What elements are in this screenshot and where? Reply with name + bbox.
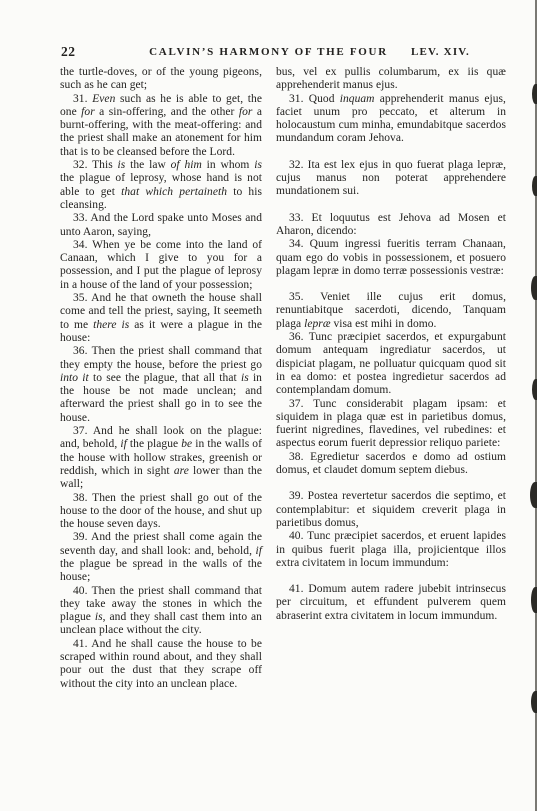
ink-blob <box>531 691 537 713</box>
english-column: the turtle-doves, or of the young pigeon… <box>60 66 262 691</box>
verse-paragraph: 37. And he shall look on the plague: and… <box>60 425 262 491</box>
scan-edge-artifact <box>527 0 537 811</box>
verse-paragraph: 40. Then the priest shall command that t… <box>60 585 262 638</box>
running-header: 22 CALVIN’S HARMONY OF THE FOUR LEV. XIV… <box>0 44 537 60</box>
text-columns: the turtle-doves, or of the young pigeon… <box>60 66 506 691</box>
verse-paragraph: 34. When ye be come into the land of Can… <box>60 239 262 292</box>
verse-paragraph: 33. Et loquutus est Jehova ad Mosen et A… <box>276 212 506 239</box>
ink-blob <box>532 84 537 104</box>
verse-paragraph: 36. Tunc præcipiet sacerdos, et expurgab… <box>276 331 506 397</box>
chapter-reference: LEV. XIV. <box>411 46 470 58</box>
ink-blob <box>532 379 537 400</box>
verse-paragraph: 37. Tunc considerabit plagam ipsam: et s… <box>276 398 506 451</box>
verse-paragraph: 41. And he shall cause the house to be s… <box>60 638 262 691</box>
verse-paragraph: 31. Even such as he is able to get, the … <box>60 93 262 159</box>
verse-paragraph: 38. Egredietur sacerdos e domo ad ostium… <box>276 451 506 478</box>
latin-column: bus, vel ex pullis columbarum, ex iis qu… <box>276 66 506 691</box>
verse-paragraph: 33. And the Lord spake unto Moses and un… <box>60 212 262 239</box>
ink-blob <box>531 276 537 300</box>
verse-paragraph: 32. This is the law of him in whom is th… <box>60 159 262 212</box>
verse-paragraph: 39. Postea revertetur sacerdos die septi… <box>276 490 506 530</box>
verse-paragraph: 39. And the priest shall come again the … <box>60 531 262 584</box>
verse-paragraph: 40. Tunc præcipiet sacerdos, et eruent l… <box>276 530 506 570</box>
verse-paragraph: 41. Domum autem radere jubebit intrinsec… <box>276 583 506 623</box>
ink-blob <box>530 482 537 508</box>
ink-blob <box>532 176 537 196</box>
verse-paragraph: 35. Veniet ille cujus erit domus, renunt… <box>276 291 506 331</box>
verse-paragraph: 34. Quum ingressi fueritis terram Chanaa… <box>276 238 506 278</box>
verse-paragraph: bus, vel ex pullis columbarum, ex iis qu… <box>276 66 506 93</box>
verse-paragraph: the turtle-doves, or of the young pigeon… <box>60 66 262 93</box>
verse-paragraph: 32. Ita est lex ejus in quo fuerat plaga… <box>276 159 506 199</box>
verse-paragraph: 31. Quod inquam apprehenderit manus ejus… <box>276 93 506 146</box>
verse-paragraph: 36. Then the priest shall command that t… <box>60 345 262 425</box>
book-page: 22 CALVIN’S HARMONY OF THE FOUR LEV. XIV… <box>0 0 537 811</box>
verse-paragraph: 38. Then the priest shall go out of the … <box>60 492 262 532</box>
ink-blob <box>531 587 537 613</box>
verse-paragraph: 35. And he that owneth the house shall c… <box>60 292 262 345</box>
